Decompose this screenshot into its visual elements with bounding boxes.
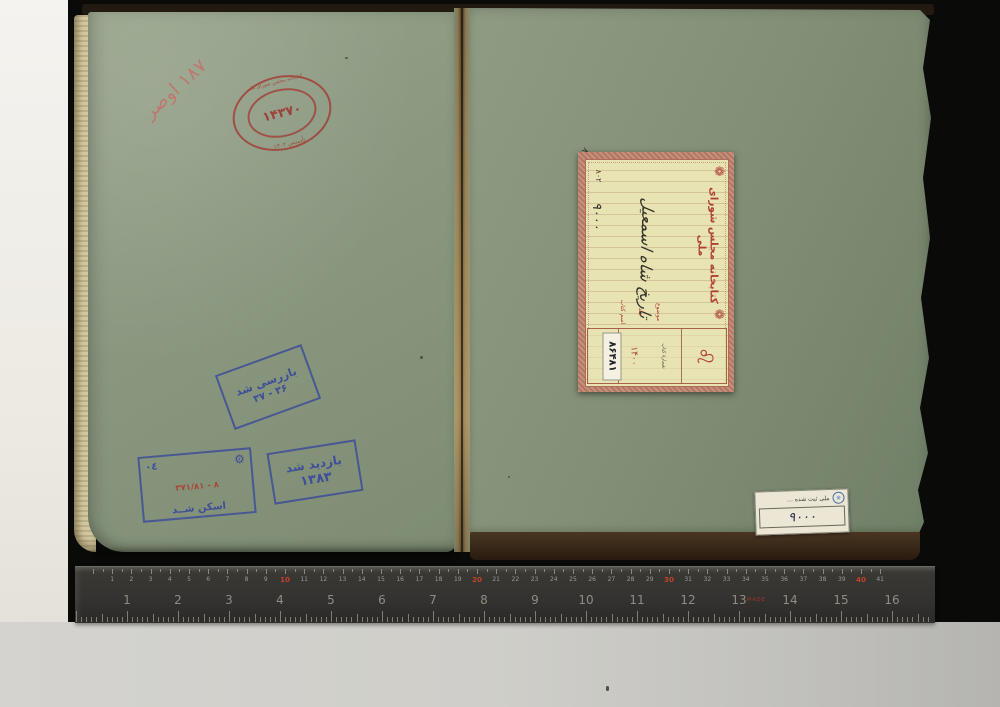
- ruler-number: 8: [474, 593, 494, 607]
- ruler-tick: [601, 617, 602, 622]
- ruler-tick: [678, 617, 679, 622]
- ruler-tick: [622, 617, 623, 622]
- ruler-tick: [545, 617, 546, 622]
- ruler-tick: [112, 617, 113, 622]
- ruler-tick: [554, 569, 555, 574]
- ruler-tick: [657, 617, 658, 622]
- ruler-tick: [163, 617, 164, 622]
- ruler-number: 6: [202, 576, 214, 583]
- ruler-number: 4: [164, 576, 176, 583]
- ruler-tick: [775, 617, 776, 622]
- ruler-tick: [137, 617, 138, 622]
- ruler-tick: [333, 569, 334, 572]
- ruler-number: 2: [168, 593, 188, 607]
- ruler-tick: [391, 569, 392, 572]
- ruler-tick: [707, 569, 708, 574]
- ruler-tick: [408, 614, 409, 622]
- ruler-tick: [229, 611, 230, 622]
- ruler-number: 2: [125, 576, 137, 583]
- scan-stamp-reference-number: ۳۷۱/۸۱ - ۸: [147, 477, 247, 496]
- ruler-tick: [596, 617, 597, 622]
- ruler-tick: [642, 617, 643, 622]
- corner-label-number: ۹۰۰۰: [788, 509, 816, 525]
- ruler-tick: [805, 617, 806, 622]
- ruler-tick: [736, 569, 737, 572]
- ruler-tick: [193, 617, 194, 622]
- ruler-tick: [586, 611, 587, 622]
- ruler-tick: [362, 617, 363, 622]
- ruler-tick: [76, 611, 77, 622]
- corner-label-text: ملی ثبت شده …: [787, 495, 830, 503]
- ruler-number: 3: [145, 576, 157, 583]
- ruler-tick: [142, 617, 143, 622]
- ruler-tick: [794, 569, 795, 572]
- ruler-tick: [780, 617, 781, 622]
- ruler-tick: [127, 611, 128, 622]
- ruler-tick: [918, 614, 919, 622]
- ruler-tick: [413, 617, 414, 622]
- ruler-tick: [821, 617, 822, 622]
- ruler-tick: [331, 611, 332, 622]
- ruler-tick: [591, 617, 592, 622]
- ruler-tick: [489, 617, 490, 622]
- ruler-tick: [179, 569, 180, 572]
- ruler-tick: [188, 617, 189, 622]
- ruler-tick: [479, 617, 480, 622]
- ruler-tick: [679, 569, 680, 572]
- ruler-tick: [887, 617, 888, 622]
- ruler-tick: [234, 617, 235, 622]
- ruler-tick: [872, 617, 873, 622]
- ruler-tick: [515, 617, 516, 622]
- ruler-number: 16: [394, 576, 406, 583]
- ruler-tick: [400, 569, 401, 574]
- ruler-tick: [270, 617, 271, 622]
- ruler-tick: [453, 617, 454, 622]
- ruler-number: 29: [644, 576, 656, 583]
- ruler-tick: [275, 569, 276, 572]
- ruler-tick: [474, 617, 475, 622]
- ruler-tick: [632, 617, 633, 622]
- bookplate-emblem-box: ♌: [681, 329, 726, 383]
- ruler-tick: [832, 569, 833, 572]
- ruler-number: 5: [321, 593, 341, 607]
- ruler-tick: [627, 617, 628, 622]
- ruler-tick: [218, 569, 219, 572]
- ruler-number: 28: [625, 576, 637, 583]
- ruler-tick: [746, 569, 747, 574]
- ruler-tick: [583, 569, 584, 572]
- ruler-tick: [141, 569, 142, 572]
- rosette-icon: ❁: [714, 308, 725, 323]
- ruler-tick: [316, 617, 317, 622]
- ruler-number: 21: [490, 576, 502, 583]
- ruler-tick: [573, 569, 574, 574]
- gear-icon: ⚙: [234, 452, 246, 467]
- ruler-number: 30: [663, 576, 675, 584]
- ruler-tick: [703, 617, 704, 622]
- ruler: MADE 12345678910111213141516171819202122…: [75, 566, 935, 623]
- ruler-tick: [650, 569, 651, 574]
- ruler-tick: [688, 569, 689, 574]
- ruler-tick: [566, 617, 567, 622]
- ruler-tick: [81, 617, 82, 622]
- ruler-tick: [341, 617, 342, 622]
- ruler-number: 13: [337, 576, 349, 583]
- ruler-number: 18: [433, 576, 445, 583]
- ruler-number: 22: [509, 576, 521, 583]
- ruler-number: 16: [882, 593, 902, 607]
- ruler-tick: [204, 614, 205, 622]
- ruler-tick: [132, 617, 133, 622]
- ruler-tick: [765, 614, 766, 622]
- ruler-tick: [214, 617, 215, 622]
- ruler-number: 1: [106, 576, 118, 583]
- ruler-tick: [189, 569, 190, 574]
- book-gutter: [454, 8, 470, 552]
- ruler-number: 15: [831, 593, 851, 607]
- ruler-tick: [244, 617, 245, 622]
- ruler-tick: [357, 614, 358, 622]
- ruler-tick: [343, 569, 344, 574]
- ruler-tick: [459, 614, 460, 622]
- ruler-number: 39: [836, 576, 848, 583]
- ruler-tick: [861, 617, 862, 622]
- bookplate-sticker-box: ۸۶۴۸۱: [588, 329, 619, 383]
- ruler-tick: [336, 617, 337, 622]
- bookplate-register-number: ۱۴۰۰: [628, 346, 638, 365]
- corner-label-number-box: ۹۰۰۰: [759, 506, 846, 529]
- ruler-tick: [693, 617, 694, 622]
- ruler-number: 36: [778, 576, 790, 583]
- ruler-tick: [841, 611, 842, 622]
- ruler-tick: [208, 569, 209, 574]
- ruler-tick: [265, 617, 266, 622]
- ruler-tick: [923, 617, 924, 622]
- bookplate-paper: ❁ ❁ کتابخانه مجلس شورای ملی تاریخ شاه اس…: [585, 159, 729, 387]
- ruler-tick: [871, 569, 872, 572]
- bookplate-sticker-number: ۸۶۴۸۱: [603, 332, 622, 380]
- ruler-tick: [688, 611, 689, 622]
- ruler-tick: [592, 569, 593, 574]
- ruler-tick: [306, 614, 307, 622]
- ruler-tick: [803, 569, 804, 574]
- ruler-number: 10: [279, 576, 291, 584]
- ruler-tick: [621, 569, 622, 572]
- ruler-tick: [266, 569, 267, 574]
- seal-icon: [832, 492, 844, 504]
- ruler-number: 14: [780, 593, 800, 607]
- ruler-tick: [640, 569, 641, 572]
- ruler-tick: [851, 617, 852, 622]
- ruler-tick: [448, 569, 449, 572]
- ruler-tick: [727, 569, 728, 574]
- ruler-tick: [429, 569, 430, 572]
- ruler-tick: [867, 614, 868, 622]
- ruler-number: 5: [183, 576, 195, 583]
- lion-and-sun-emblem-icon: ♌: [691, 346, 716, 366]
- ruler-tick: [260, 617, 261, 622]
- ruler-tick: [86, 617, 87, 622]
- ruler-tick: [484, 611, 485, 622]
- bookplate-register-strip: ۸۶۴۸۱ ۱۴۰۰ شمارهٔ کتاب ♌: [587, 328, 727, 384]
- ruler-tick: [637, 611, 638, 622]
- ruler-tick: [249, 617, 250, 622]
- ruler-tick: [669, 569, 670, 574]
- bookplate-field-label: اسم کتاب: [618, 299, 626, 325]
- ruler-tick: [352, 569, 353, 572]
- ruler-tick: [183, 617, 184, 622]
- ruler-tick: [382, 611, 383, 622]
- dust-speck: [420, 356, 423, 359]
- ruler-tick: [846, 617, 847, 622]
- ruler-tick: [892, 611, 893, 622]
- ruler-tick: [724, 617, 725, 622]
- ruler-number: 15: [375, 576, 387, 583]
- ruler-tick: [285, 569, 286, 574]
- corner-registration-label: ملی ثبت شده … ۹۰۰۰: [754, 488, 849, 535]
- ruler-tick: [96, 617, 97, 622]
- ruler-tick: [659, 569, 660, 572]
- ruler-tick: [515, 569, 516, 574]
- ruler-tick: [295, 617, 296, 622]
- ruler-tick: [168, 617, 169, 622]
- ruler-number: 23: [529, 576, 541, 583]
- ruler-number: 12: [317, 576, 329, 583]
- ruler-tick: [487, 569, 488, 572]
- scan-stamp: ٠٤ ⚙ ۳۷۱/۸۱ - ۸ اسکن شــد: [137, 447, 256, 523]
- ruler-tick: [103, 569, 104, 572]
- ruler-tick: [443, 617, 444, 622]
- ruler-tick: [714, 614, 715, 622]
- bookplate-small-number: ۸۰۲: [593, 164, 603, 188]
- ruler-tick: [496, 569, 497, 574]
- ruler-tick: [367, 617, 368, 622]
- table-surface: [0, 622, 1000, 707]
- ruler-tick: [739, 611, 740, 622]
- scanned-book-photo: ۱۸۷ اوصر کتابخانه مجلس شورای ملی ۱۴۳۷۰ ت…: [0, 0, 1000, 707]
- bookplate-field-label: موضوع: [654, 299, 662, 325]
- ruler-tick: [708, 617, 709, 622]
- ruler-tick: [304, 569, 305, 574]
- ruler-tick: [561, 614, 562, 622]
- ruler-tick: [826, 617, 827, 622]
- ruler-tick: [907, 617, 908, 622]
- ruler-tick: [418, 617, 419, 622]
- ruler-tick: [247, 569, 248, 574]
- ruler-tick: [673, 617, 674, 622]
- ruler-tick: [362, 569, 363, 574]
- corner-label-header: ملی ثبت شده …: [758, 492, 844, 507]
- bookplate-register-label: شمارهٔ کتاب: [661, 343, 667, 368]
- ruler-tick: [199, 569, 200, 572]
- ruler-tick: [719, 617, 720, 622]
- ruler-tick: [198, 617, 199, 622]
- ruler-tick: [280, 611, 281, 622]
- ruler-tick: [227, 569, 228, 574]
- ruler-number: 9: [525, 593, 545, 607]
- ruler-number: 13: [729, 593, 749, 607]
- ruler-tick: [397, 617, 398, 622]
- ruler-number: 10: [576, 593, 596, 607]
- ruler-number: 19: [452, 576, 464, 583]
- ruler-tick: [122, 617, 123, 622]
- ruler-number: 20: [471, 576, 483, 584]
- ruler-tick: [602, 569, 603, 572]
- ruler-tick: [107, 617, 108, 622]
- scanner-edge-strip: [0, 0, 68, 622]
- ruler-tick: [256, 569, 257, 572]
- ruler-tick: [122, 569, 123, 572]
- ruler-tick: [239, 617, 240, 622]
- ruler-tick: [158, 617, 159, 622]
- ruler-tick: [520, 617, 521, 622]
- ruler-tick: [729, 617, 730, 622]
- ruler-tick: [255, 614, 256, 622]
- ruler-tick: [275, 617, 276, 622]
- ruler-tick: [744, 617, 745, 622]
- ruler-tick: [530, 617, 531, 622]
- ruler-tick: [504, 617, 505, 622]
- ruler-tick: [219, 617, 220, 622]
- ruler-tick: [611, 569, 612, 574]
- ruler-tick: [93, 569, 94, 574]
- ruler-tick: [402, 617, 403, 622]
- ruler-tick: [102, 614, 103, 622]
- ruler-tick: [663, 614, 664, 622]
- ruler-tick: [880, 569, 881, 574]
- ruler-tick: [439, 569, 440, 574]
- library-bookplate: ❁ ❁ کتابخانه مجلس شورای ملی تاریخ شاه اس…: [578, 152, 734, 392]
- scan-stamp-corner-number: ٠٤: [145, 461, 158, 473]
- ruler-tick: [734, 617, 735, 622]
- dust-speck: [345, 57, 348, 59]
- ruler-tick: [147, 617, 148, 622]
- ruler-tick: [381, 569, 382, 574]
- ruler-tick: [506, 569, 507, 572]
- ruler-tick: [477, 569, 478, 574]
- ruler-tick: [813, 569, 814, 572]
- ruler-tick: [755, 569, 756, 572]
- ruler-tick: [759, 617, 760, 622]
- ruler-tick: [698, 569, 699, 572]
- ruler-tick: [897, 617, 898, 622]
- ruler-tick: [419, 569, 420, 574]
- ruler-tick: [912, 617, 913, 622]
- ruler-tick: [467, 569, 468, 572]
- ruler-tick: [555, 617, 556, 622]
- ruler-tick: [290, 617, 291, 622]
- ruler-number: 3: [219, 593, 239, 607]
- ruler-tick: [754, 617, 755, 622]
- ruler-number: 1: [117, 593, 137, 607]
- ruler-tick: [535, 569, 536, 574]
- ruler-tick: [785, 617, 786, 622]
- ruler-number: 9: [260, 576, 272, 583]
- ruler-tick: [510, 614, 511, 622]
- ruler-tick: [683, 617, 684, 622]
- ruler-tick: [458, 569, 459, 574]
- ruler-tick: [346, 617, 347, 622]
- ruler-number: 32: [701, 576, 713, 583]
- ruler-tick: [581, 617, 582, 622]
- ruler-number: 27: [605, 576, 617, 583]
- ruler-tick: [698, 617, 699, 622]
- ruler-tick: [300, 617, 301, 622]
- ruler-tick: [224, 617, 225, 622]
- ruler-number: 4: [270, 593, 290, 607]
- ruler-number: 35: [759, 576, 771, 583]
- ruler-number: 41: [874, 576, 886, 583]
- ruler-tick: [550, 617, 551, 622]
- ruler-tick: [321, 617, 322, 622]
- ruler-tick: [428, 617, 429, 622]
- ruler-tick: [800, 617, 801, 622]
- ruler-tick: [647, 617, 648, 622]
- ruler-number: 17: [413, 576, 425, 583]
- scan-stamp-header: ٠٤ ⚙: [145, 452, 246, 475]
- ruler-tick: [494, 617, 495, 622]
- ruler-tick: [377, 617, 378, 622]
- ruler-number: 40: [855, 576, 867, 584]
- ruler-tick: [765, 569, 766, 574]
- ruler-tick: [371, 569, 372, 572]
- ruler-number: 24: [548, 576, 560, 583]
- ruler-tick: [770, 617, 771, 622]
- ruler-tick: [535, 611, 536, 622]
- ruler-tick: [285, 617, 286, 622]
- ruler-number: 11: [627, 593, 647, 607]
- ruler-number: 7: [221, 576, 233, 583]
- dust-speck: [508, 476, 510, 478]
- ruler-tick: [928, 617, 929, 622]
- ruler-tick: [612, 614, 613, 622]
- ruler-number: 8: [241, 576, 253, 583]
- ruler-tick: [861, 569, 862, 574]
- ruler-tick: [790, 611, 791, 622]
- ruler-tick: [717, 569, 718, 572]
- ruler-tick: [326, 617, 327, 622]
- ruler-number: 38: [817, 576, 829, 583]
- ruler-tick: [499, 617, 500, 622]
- ruler-tick: [784, 569, 785, 574]
- bookplate-field-label: جلد: [636, 299, 644, 325]
- ruler-tick: [295, 569, 296, 572]
- ruler-tick: [631, 569, 632, 574]
- ruler-tick: [91, 617, 92, 622]
- ruler-number: 11: [298, 576, 310, 583]
- ruler-tick: [387, 617, 388, 622]
- ruler-brand-text: MADE: [747, 597, 766, 603]
- ruler-tick: [540, 617, 541, 622]
- ruler-tick: [151, 569, 152, 574]
- book-cover-bottom-edge: [470, 532, 920, 560]
- bookplate-register-fields: ۱۴۰۰ شمارهٔ کتاب: [619, 329, 681, 383]
- ruler-tick: [842, 569, 843, 574]
- ruler-tick: [882, 617, 883, 622]
- ruler-tick: [433, 611, 434, 622]
- ruler-tick: [438, 617, 439, 622]
- ruler-tick: [464, 617, 465, 622]
- ruler-tick: [112, 569, 113, 574]
- bookplate-large-number: ۹۰۰۰: [588, 196, 604, 236]
- ruler-tick: [392, 617, 393, 622]
- ruler-tick: [851, 569, 852, 572]
- ruler-number: 26: [586, 576, 598, 583]
- ruler-tick: [571, 617, 572, 622]
- ruler-tick: [448, 617, 449, 622]
- ruler-number: 12: [678, 593, 698, 607]
